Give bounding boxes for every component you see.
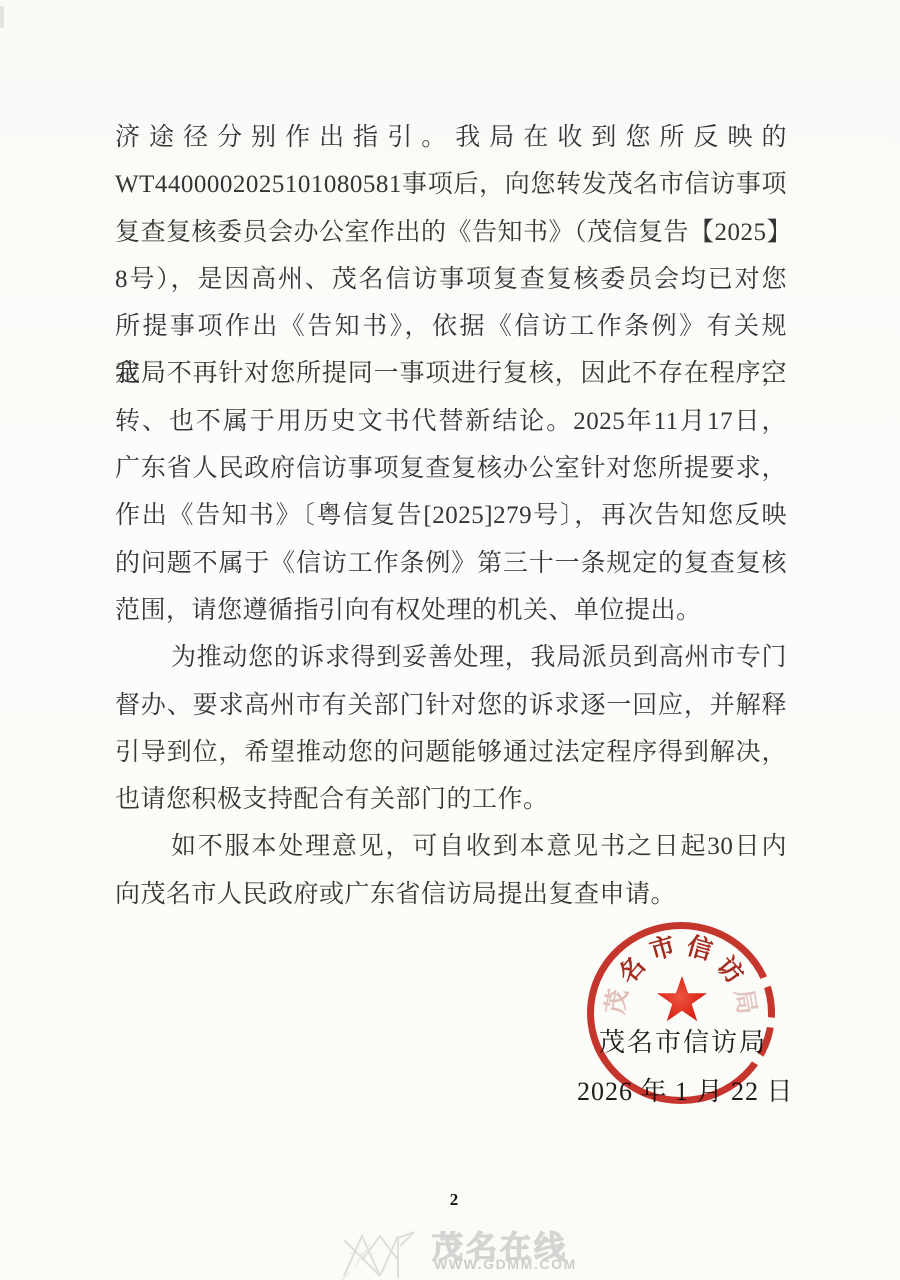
text-line: 也请您积极支持配合有关部门的工作。 [115,776,787,823]
seal-arc-char: 局 [727,985,762,1020]
text-line: 转、也不属于用历史文书代替新结论。2025年11月17日， [115,398,787,445]
text-line: 广东省人民政府信访事项复查复核办公室针对您所提要求， [115,445,787,492]
text-line: 复查复核委员会办公室作出的《告知书》（茂信复告【2025】 [115,209,787,256]
text-line: 为推动您的诉求得到妥善处理，我局派员到高州市专门 [115,634,787,681]
text-line: 向茂名市人民政府或广东省信访局提出复查申请。 [115,871,787,918]
text-line: 所提事项作出《告知书》，依据《信访工作条例》有关规定， [115,303,787,350]
text-line: 范围，请您遵循指引向有权处理的机关、单位提出。 [115,587,787,634]
text-line: 督办、要求高州市有关部门针对您的诉求逐一回应，并解释 [115,682,787,729]
text-line: 的问题不属于《信访工作条例》第三十一条规定的复查复核 [115,540,787,587]
text-line: 作出《告知书》〔粤信复告[2025]279号〕，再次告知您反映 [115,492,787,539]
seal-arc-char: 茂 [601,985,636,1020]
text-line: 如不服本处理意见，可自收到本意见书之日起30日内 [115,823,787,870]
document-page: { "page": { "background_color": "#fbfbf8… [0,0,900,1280]
text-line: 引导到位，希望推动您的问题能够通过法定程序得到解决， [115,729,787,776]
letter-body: 济途径分别作出指引。我局在收到您所反映的 WT44000020251010805… [115,114,787,918]
watermark: 茂名在线 WWW.GDMM.COM [330,1222,650,1280]
watermark-url: WWW.GDMM.COM [434,1256,577,1272]
text-line: 8号），是因高州、茂名信访事项复查复核委员会均已对您 [115,256,787,303]
page-number: 2 [444,1190,464,1210]
text-line: WT4400002025101080581事项后，向您转发茂名市信访事项 [115,161,787,208]
text-line: 我局不再针对您所提同一事项进行复核，因此不存在程序空 [115,350,787,397]
gdmm-logo-icon [340,1230,432,1280]
text-line: 济途径分别作出指引。我局在收到您所反映的 [115,114,787,161]
scan-edge-artifact [0,6,4,28]
official-seal: 茂 名 市 信 访 局 [587,922,775,1104]
